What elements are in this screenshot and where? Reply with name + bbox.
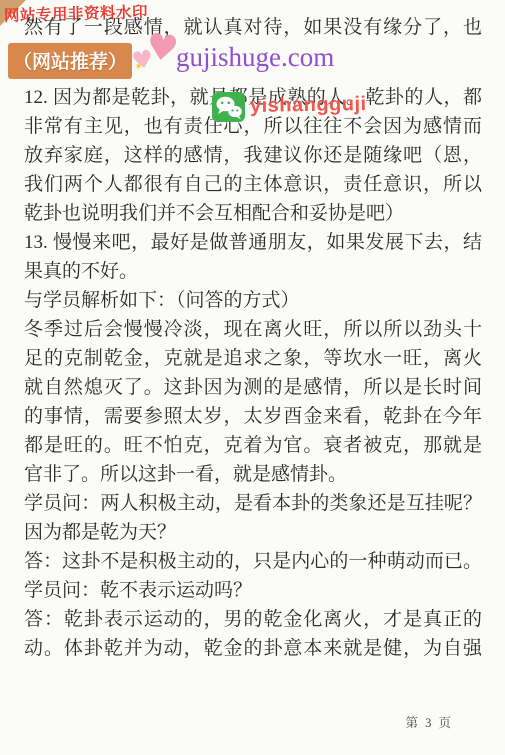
text-line: 冬季过后会慢慢冷淡，现在离火旺，所以所以劲头十	[24, 315, 482, 344]
hearts-icon: ♥ ♥ ✶	[132, 32, 182, 78]
text-line: 答：这卦不是积极主动的，只是内心的一种萌动而已。	[24, 547, 482, 576]
text-line: 答：乾卦表示运动的，男的乾金化离火，才是真正的	[24, 605, 482, 634]
text-line: 官非了。所以这卦一看，就是感情卦。	[24, 460, 482, 489]
text-line: 就自然熄灭了。这卦因为测的是感情，所以是长时间	[24, 373, 482, 402]
page-number: 第 3 页	[405, 713, 453, 731]
wechat-icon	[212, 92, 245, 122]
text-line: 学员问：乾不表示运动吗？	[24, 576, 482, 605]
body-text-top: 然有了一段感情，就认真对待，如果没有缘分了，也	[24, 13, 482, 42]
wechat-overlay: yishangguji	[212, 90, 392, 122]
text-line: 足的克制乾金，克就是追求之象，等坎水一旺，离火	[24, 344, 482, 373]
text-line: 都是旺的。旺不怕克，克着为官。衰者被克，那就是	[24, 431, 482, 460]
text-line: 我们两个人都很有自己的主体意识，责任意识，所以	[24, 170, 482, 199]
text-line: 乾卦也说明我们并不会互相配合和妥协是吧）	[24, 199, 482, 228]
site-domain-watermark: gujishuge.com	[176, 42, 334, 73]
text-line: 因为都是乾为天？	[24, 518, 482, 547]
text-line: 果真的不好。	[24, 257, 482, 286]
wechat-id-text: yishangguji	[250, 93, 367, 118]
text-line: 动。体卦乾并为动，乾金的卦意本来就是健，为自强	[24, 634, 482, 663]
text-line: 与学员解析如下：（问答的方式）	[24, 286, 482, 315]
document-page: 网站专用非资料水印 然有了一段感情，就认真对待，如果没有缘分了，也 （网站推荐）…	[0, 0, 505, 755]
text-line: 然有了一段感情，就认真对待，如果没有缘分了，也	[24, 13, 482, 42]
site-recommend-badge: （网站推荐）	[8, 43, 132, 79]
text-line: 学员问：两人积极主动，是看本卦的类象还是互挂呢？	[24, 489, 482, 518]
sparkle-icon: ✶	[134, 60, 143, 73]
body-text-main: 12. 因为都是乾卦，就是都是成熟的人。乾卦的人，都非常有主见，也有责任心，所以…	[24, 83, 482, 663]
text-line: 13. 慢慢来吧，最好是做普通朋友，如果发展下去，结	[24, 228, 482, 257]
text-line: 的事情，需要参照太岁，太岁酉金来看，乾卦在今年	[24, 402, 482, 431]
promo-row: （网站推荐） ♥ ♥ ✶ gujishuge.com	[8, 40, 368, 80]
text-line: 放弃家庭，这样的感情，我建议你还是随缘吧（恩，	[24, 141, 482, 170]
